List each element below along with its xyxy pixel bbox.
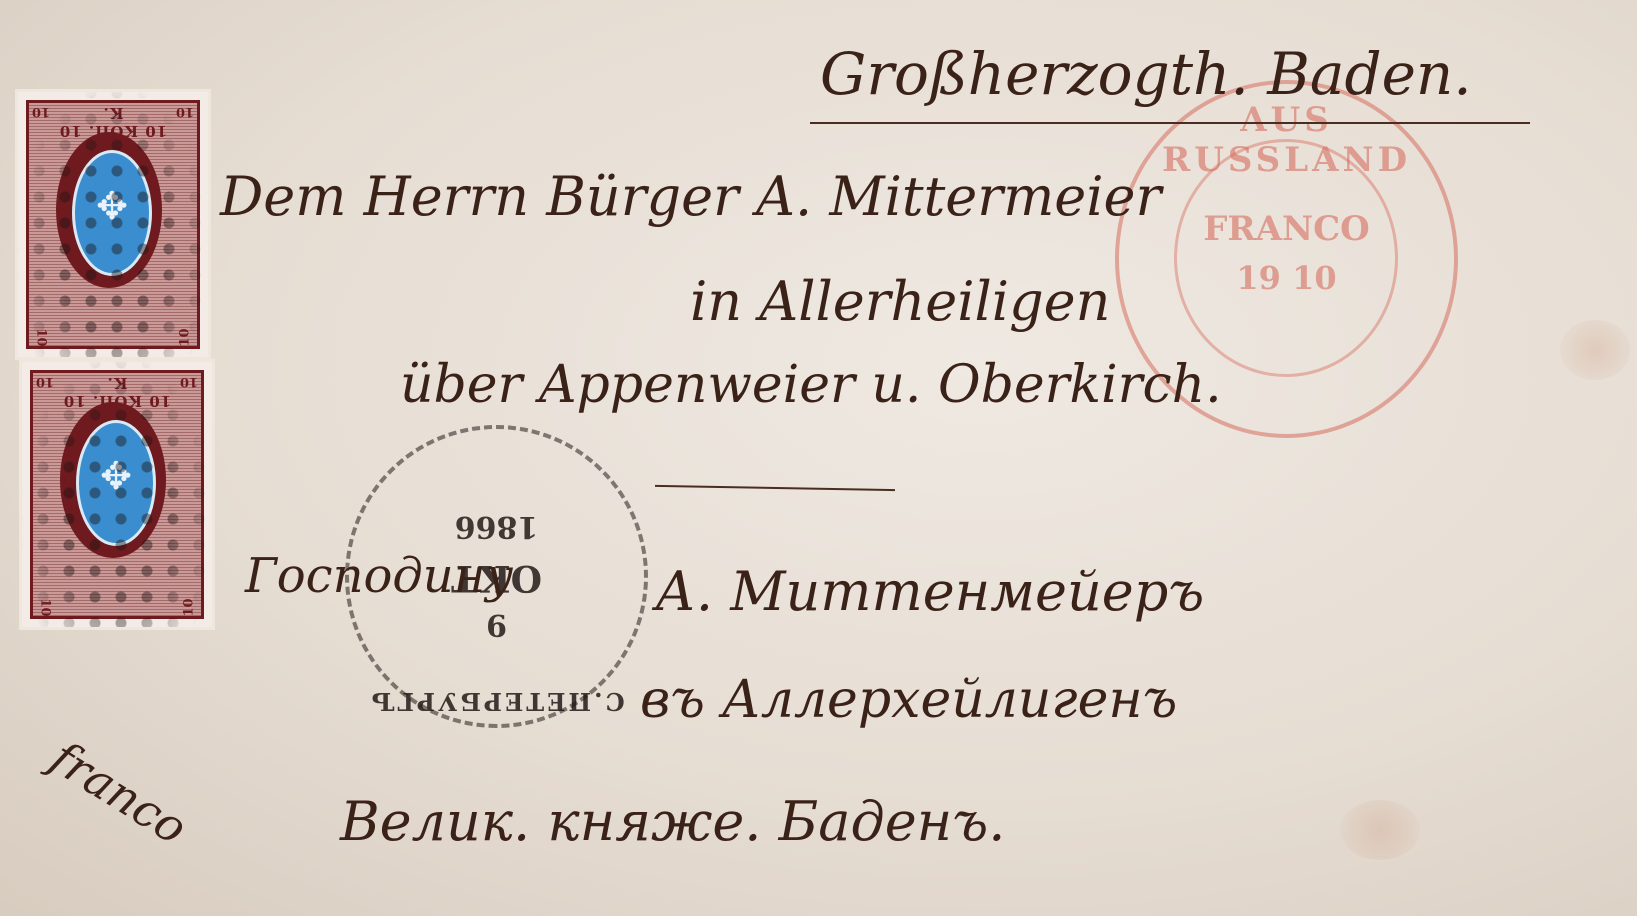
russian-address-line-2: въ Аллерхейлигенъ [640,670,1177,730]
german-address-line-1: Dem Herrn Bürger A. Mittermeier [220,165,1161,228]
separator-flourish [655,485,895,491]
paper-stain [1340,800,1420,860]
postmark-date: 19 10 [1119,259,1454,297]
destination-header: Großherzogth. Baden. [820,40,1472,108]
postage-stamp: 10 КОП. 10 К. ✥ 10 10 10 10 [22,362,212,627]
russian-address-line-3: Велик. княже. Баденъ. [340,790,1005,853]
dotted-cancellation [18,92,208,357]
postmark-inner-ring [1174,139,1398,377]
postage-stamp: 10 КОП. 10 К. ✥ 10 10 10 10 [18,92,208,357]
envelope: 10 КОП. 10 К. ✥ 10 10 10 10 10 КОП. 10 К… [0,0,1637,916]
postmark-ring-text: С.ПЕТЕРБУРГЪ [349,687,644,716]
german-address-line-2: in Allerheiligen [690,270,1110,333]
paper-stain [1560,320,1630,380]
german-address-line-3: über Appenweier u. Oberkirch. [400,355,1222,415]
russian-prefix: Господину [245,548,513,604]
franco-note: franco [41,730,196,855]
russian-address-line-1: А. Миттенмейеръ [655,560,1204,623]
dotted-cancellation [22,362,212,627]
postmark-day: 9 [349,607,644,642]
postmark-franco: FRANCO [1119,209,1454,249]
postmark-year: 1866 [349,509,644,544]
header-underline [810,122,1530,124]
